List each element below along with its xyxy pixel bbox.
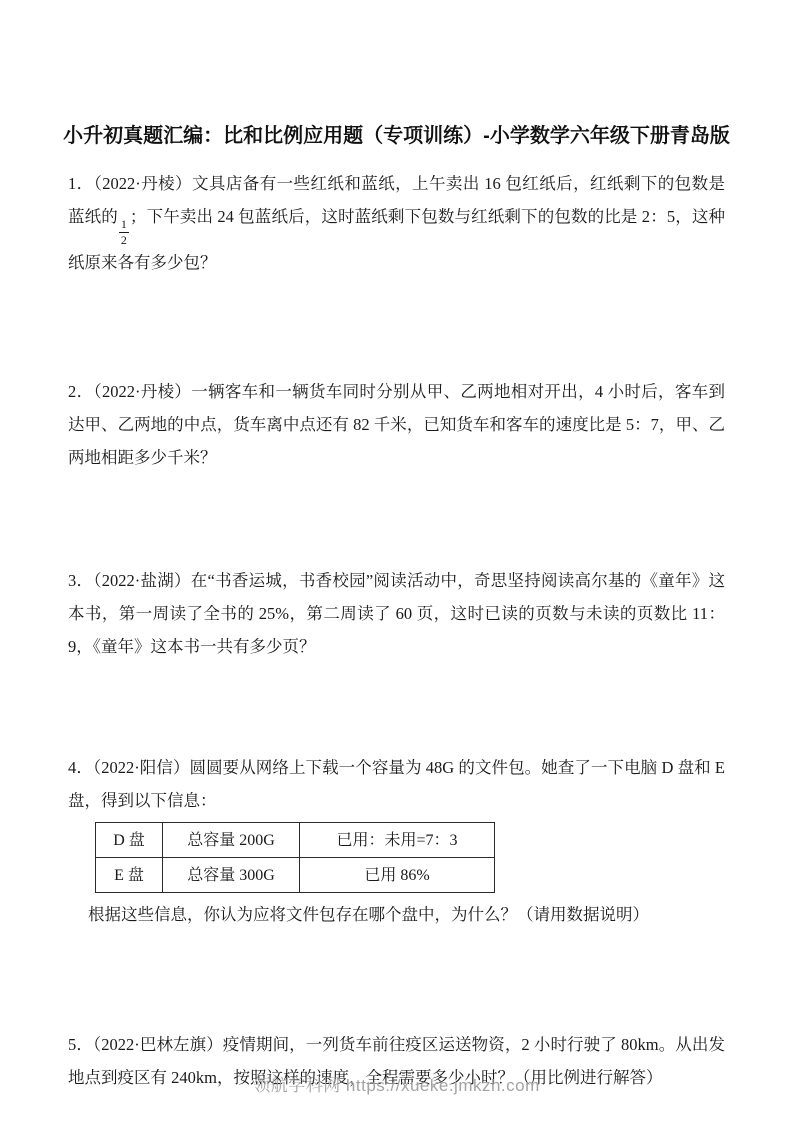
fraction-denominator: 2 [119, 233, 129, 247]
cell-disk-name: D 盘 [96, 823, 163, 858]
page-footer: 领航学科网 https://xueke.jmkzh.com [0, 1071, 793, 1096]
question-1: 1．（2022·丹棱）文具店备有一些红纸和蓝纸，上午卖出 16 包红纸后，红纸剩… [68, 167, 725, 279]
cell-disk-name: E 盘 [96, 858, 163, 893]
question-4-intro: 4．（2022·阳信）圆圆要从网络上下载一个容量为 48G 的文件包。她查了一下… [68, 751, 725, 817]
question-3: 3．（2022·盐湖）在“书香运城，书香校园”阅读活动中，奇思坚持阅读高尔基的《… [68, 564, 725, 663]
question-2: 2．（2022·丹棱）一辆客车和一辆货车同时分别从甲、乙两地相对开出，4 小时后… [68, 375, 725, 474]
fraction-numerator: 1 [119, 218, 129, 233]
cell-disk-usage: 已用：未用=7：3 [300, 823, 495, 858]
question-4-note: 根据这些信息，你认为应将文件包存在哪个盘中，为什么？（请用数据说明） [68, 898, 725, 931]
worksheet-page: 小升初真题汇编：比和比例应用题（专项训练）-小学数学六年级下册青岛版 1．（20… [0, 0, 793, 1122]
page-title: 小升初真题汇编：比和比例应用题（专项训练）-小学数学六年级下册青岛版 [0, 0, 793, 151]
cell-disk-capacity: 总容量 200G [163, 823, 300, 858]
cell-disk-usage: 已用 86% [300, 858, 495, 893]
disk-info-table: D 盘 总容量 200G 已用：未用=7：3 E 盘 总容量 300G 已用 8… [95, 822, 495, 893]
table-row-e-disk: E 盘 总容量 300G 已用 86% [96, 858, 495, 893]
question-4: 4．（2022·阳信）圆圆要从网络上下载一个容量为 48G 的文件包。她查了一下… [68, 751, 725, 931]
cell-disk-capacity: 总容量 300G [163, 858, 300, 893]
question-1-text-tail: ；下午卖出 24 包蓝纸后，这时蓝纸剩下包数与红纸剩下的包数的比是 2：5，这种… [68, 207, 725, 272]
fraction-one-half: 12 [119, 218, 129, 246]
table-row-d-disk: D 盘 总容量 200G 已用：未用=7：3 [96, 823, 495, 858]
